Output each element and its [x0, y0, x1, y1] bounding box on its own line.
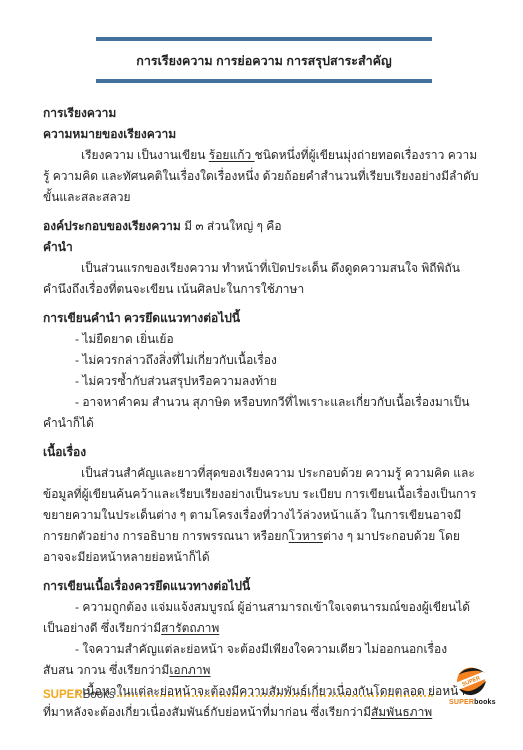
footer-brand-left: SUPERBooks: [43, 688, 115, 702]
superbooks-logo-icon: SUPER: [453, 666, 489, 698]
heading-essay: การเรียงความ: [43, 103, 480, 124]
brand-super-text: SUPER: [43, 689, 83, 701]
heading-components: องค์ประกอบของเรียงความ มี ๓ ส่วนใหญ่ ๆ ค…: [43, 216, 480, 237]
list-item: - ไม่ควรกล่าวถึงสิ่งที่ไม่เกี่ยวกับเนื้อ…: [43, 350, 480, 371]
paragraph-intro: เป็นส่วนแรกของเรียงความ ทำหน้าที่เปิดประ…: [43, 258, 480, 300]
document-content: การเรียงความ ความหมายของเรียงความ เรียงค…: [43, 103, 480, 723]
heading-normal-part: มี ๓ ส่วนใหญ่ ๆ คือ: [181, 219, 282, 233]
list-item: - ไม่ยืดยาด เยิ่นเย้อ: [43, 329, 480, 350]
heading-bold-part: องค์ประกอบของเรียงความ: [43, 219, 181, 233]
paragraph-essay-meaning: เรียงความ เป็นงานเขียน ร้อยแก้ว ชนิดหนึ่…: [43, 145, 480, 208]
brand-books-text: books: [474, 699, 496, 706]
footer-logo: SUPER SUPERbooks: [449, 666, 493, 707]
document-page: การเรียงความ การย่อความ การสรุปสาระสำคัญ…: [0, 0, 523, 750]
title-block: การเรียงความ การย่อความ การสรุปสาระสำคัญ: [96, 37, 432, 83]
underlined-term: ร้อยแก้ว: [209, 148, 255, 162]
underlined-term: โวหาร: [289, 529, 323, 543]
title-bottom-rule: [96, 79, 432, 83]
paragraph-text: - ความถูกต้อง แจ่มแจ้งสมบูรณ์ ผู้อ่านสาม…: [43, 600, 470, 635]
list-item: - อาจหาคำคม สำนวน สุภาษิต หรือบทกวีที่ไพ…: [43, 392, 480, 434]
paragraph-text: เรียงความ เป็นงานเขียน: [81, 148, 209, 162]
list-item: - ความถูกต้อง แจ่มแจ้งสมบูรณ์ ผู้อ่านสาม…: [43, 597, 480, 639]
footer-divider: [117, 695, 433, 697]
list-item: - ไม่ควรซ้ำกับส่วนสรุปหรือความลงท้าย: [43, 371, 480, 392]
paragraph-body: เป็นส่วนสำคัญและยาวที่สุดของเรียงความ ปร…: [43, 463, 480, 568]
heading-body: เนื้อเรื่อง: [43, 442, 480, 463]
heading-body-guidelines: การเขียนเนื้อเรื่องควรยึดแนวทางต่อไปนี้: [43, 576, 480, 597]
footer: SUPERBooks SUPER SUPERbooks: [43, 666, 495, 716]
underlined-term: สารัตถภาพ: [161, 621, 219, 635]
heading-intro-guidelines: การเขียนคำนำ ควรยึดแนวทางต่อไปนี้: [43, 308, 480, 329]
page-title: การเรียงความ การย่อความ การสรุปสาระสำคัญ: [96, 41, 432, 79]
footer-brand-right: SUPERbooks: [449, 698, 493, 707]
heading-essay-meaning: ความหมายของเรียงความ: [43, 124, 480, 145]
brand-books-text: Books: [83, 689, 115, 701]
heading-intro: คำนำ: [43, 237, 480, 258]
brand-super-text: SUPER: [449, 699, 474, 706]
